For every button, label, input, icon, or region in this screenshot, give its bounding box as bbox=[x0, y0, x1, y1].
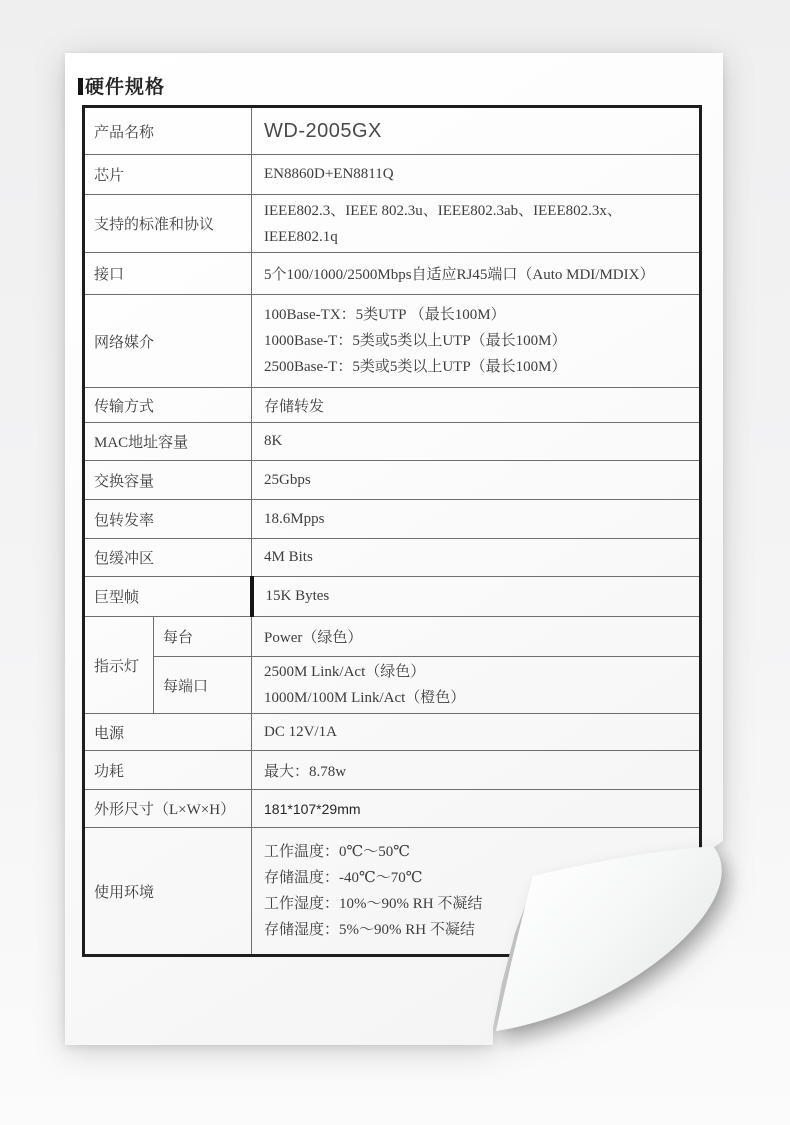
section-header: 硬件规格 bbox=[78, 77, 723, 100]
row-label-cell: 产品名称 bbox=[84, 107, 252, 155]
row-label-cell: 使用环境 bbox=[84, 828, 252, 956]
row-value-cell: 5个100/1000/2500Mbps自适应RJ45端口（Auto MDI/MD… bbox=[252, 253, 701, 295]
page-content: 硬件规格 产品名称WD-2005GX芯片EN8860D+EN8811Q支持的标准… bbox=[65, 53, 723, 957]
page-curl-fold bbox=[496, 846, 722, 1031]
table-row: 包缓冲区4M Bits bbox=[84, 539, 701, 577]
row-sublabel-cell: 每端口 bbox=[154, 657, 252, 714]
row-sublabel-cell: 每台 bbox=[154, 617, 252, 657]
row-value-cell: Power（绿色） bbox=[252, 617, 701, 657]
section-title: 硬件规格 bbox=[85, 77, 165, 98]
document-stage: 硬件规格 产品名称WD-2005GX芯片EN8860D+EN8811Q支持的标准… bbox=[0, 0, 790, 1125]
row-value-cell: 2500M Link/Act（绿色） 1000M/100M Link/Act（橙… bbox=[252, 657, 701, 714]
row-value-cell: IEEE802.3、IEEE 802.3u、IEEE802.3ab、IEEE80… bbox=[252, 195, 701, 253]
row-value-cell: WD-2005GX bbox=[252, 107, 701, 155]
table-row: 支持的标准和协议IEEE802.3、IEEE 802.3u、IEEE802.3a… bbox=[84, 195, 701, 253]
row-value-cell: 25Gbps bbox=[252, 461, 701, 500]
row-label-cell: 网络媒介 bbox=[84, 295, 252, 388]
row-value-cell: 4M Bits bbox=[252, 539, 701, 577]
table-row: 网络媒介100Base-TX：5类UTP （最长100M） 1000Base-T… bbox=[84, 295, 701, 388]
row-label-cell: 传输方式 bbox=[84, 388, 252, 423]
paper-sheet-wrap: 硬件规格 产品名称WD-2005GX芯片EN8860D+EN8811Q支持的标准… bbox=[0, 0, 790, 1125]
row-value-cell: 8K bbox=[252, 423, 701, 461]
row-value-cell: DC 12V/1A bbox=[252, 714, 701, 751]
row-label-cell: 电源 bbox=[84, 714, 252, 751]
row-value-cell: 181*107*29mm bbox=[252, 790, 701, 828]
table-row: 电源DC 12V/1A bbox=[84, 714, 701, 751]
page-curl bbox=[465, 823, 745, 1053]
row-value-cell: 存储转发 bbox=[252, 388, 701, 423]
table-row: 接口5个100/1000/2500Mbps自适应RJ45端口（Auto MDI/… bbox=[84, 253, 701, 295]
row-label-cell: 包缓冲区 bbox=[84, 539, 252, 577]
row-group-label-cell: 指示灯 bbox=[84, 617, 154, 714]
table-row: MAC地址容量8K bbox=[84, 423, 701, 461]
row-label-cell: 功耗 bbox=[84, 751, 252, 790]
row-value-cell: EN8860D+EN8811Q bbox=[252, 155, 701, 195]
table-row: 传输方式存储转发 bbox=[84, 388, 701, 423]
row-value-cell: 15K Bytes bbox=[252, 577, 701, 617]
table-row: 指示灯每台Power（绿色） bbox=[84, 617, 701, 657]
table-row: 交换容量25Gbps bbox=[84, 461, 701, 500]
table-row: 芯片EN8860D+EN8811Q bbox=[84, 155, 701, 195]
table-row: 产品名称WD-2005GX bbox=[84, 107, 701, 155]
row-value-cell: 最大：8.78w bbox=[252, 751, 701, 790]
row-label-cell: 支持的标准和协议 bbox=[84, 195, 252, 253]
header-accent-bar-icon bbox=[78, 78, 83, 95]
table-row: 包转发率18.6Mpps bbox=[84, 500, 701, 539]
row-label-cell: 外形尺寸（L×W×H） bbox=[84, 790, 252, 828]
row-value-cell: 100Base-TX：5类UTP （最长100M） 1000Base-T：5类或… bbox=[252, 295, 701, 388]
row-value-cell: 18.6Mpps bbox=[252, 500, 701, 539]
table-row: 外形尺寸（L×W×H）181*107*29mm bbox=[84, 790, 701, 828]
row-label-cell: 巨型帧 bbox=[84, 577, 252, 617]
row-label-cell: MAC地址容量 bbox=[84, 423, 252, 461]
row-label-cell: 交换容量 bbox=[84, 461, 252, 500]
table-row: 每端口2500M Link/Act（绿色） 1000M/100M Link/Ac… bbox=[84, 657, 701, 714]
row-label-cell: 接口 bbox=[84, 253, 252, 295]
row-label-cell: 包转发率 bbox=[84, 500, 252, 539]
row-label-cell: 芯片 bbox=[84, 155, 252, 195]
table-row: 功耗最大：8.78w bbox=[84, 751, 701, 790]
table-row: 巨型帧15K Bytes bbox=[84, 577, 701, 617]
